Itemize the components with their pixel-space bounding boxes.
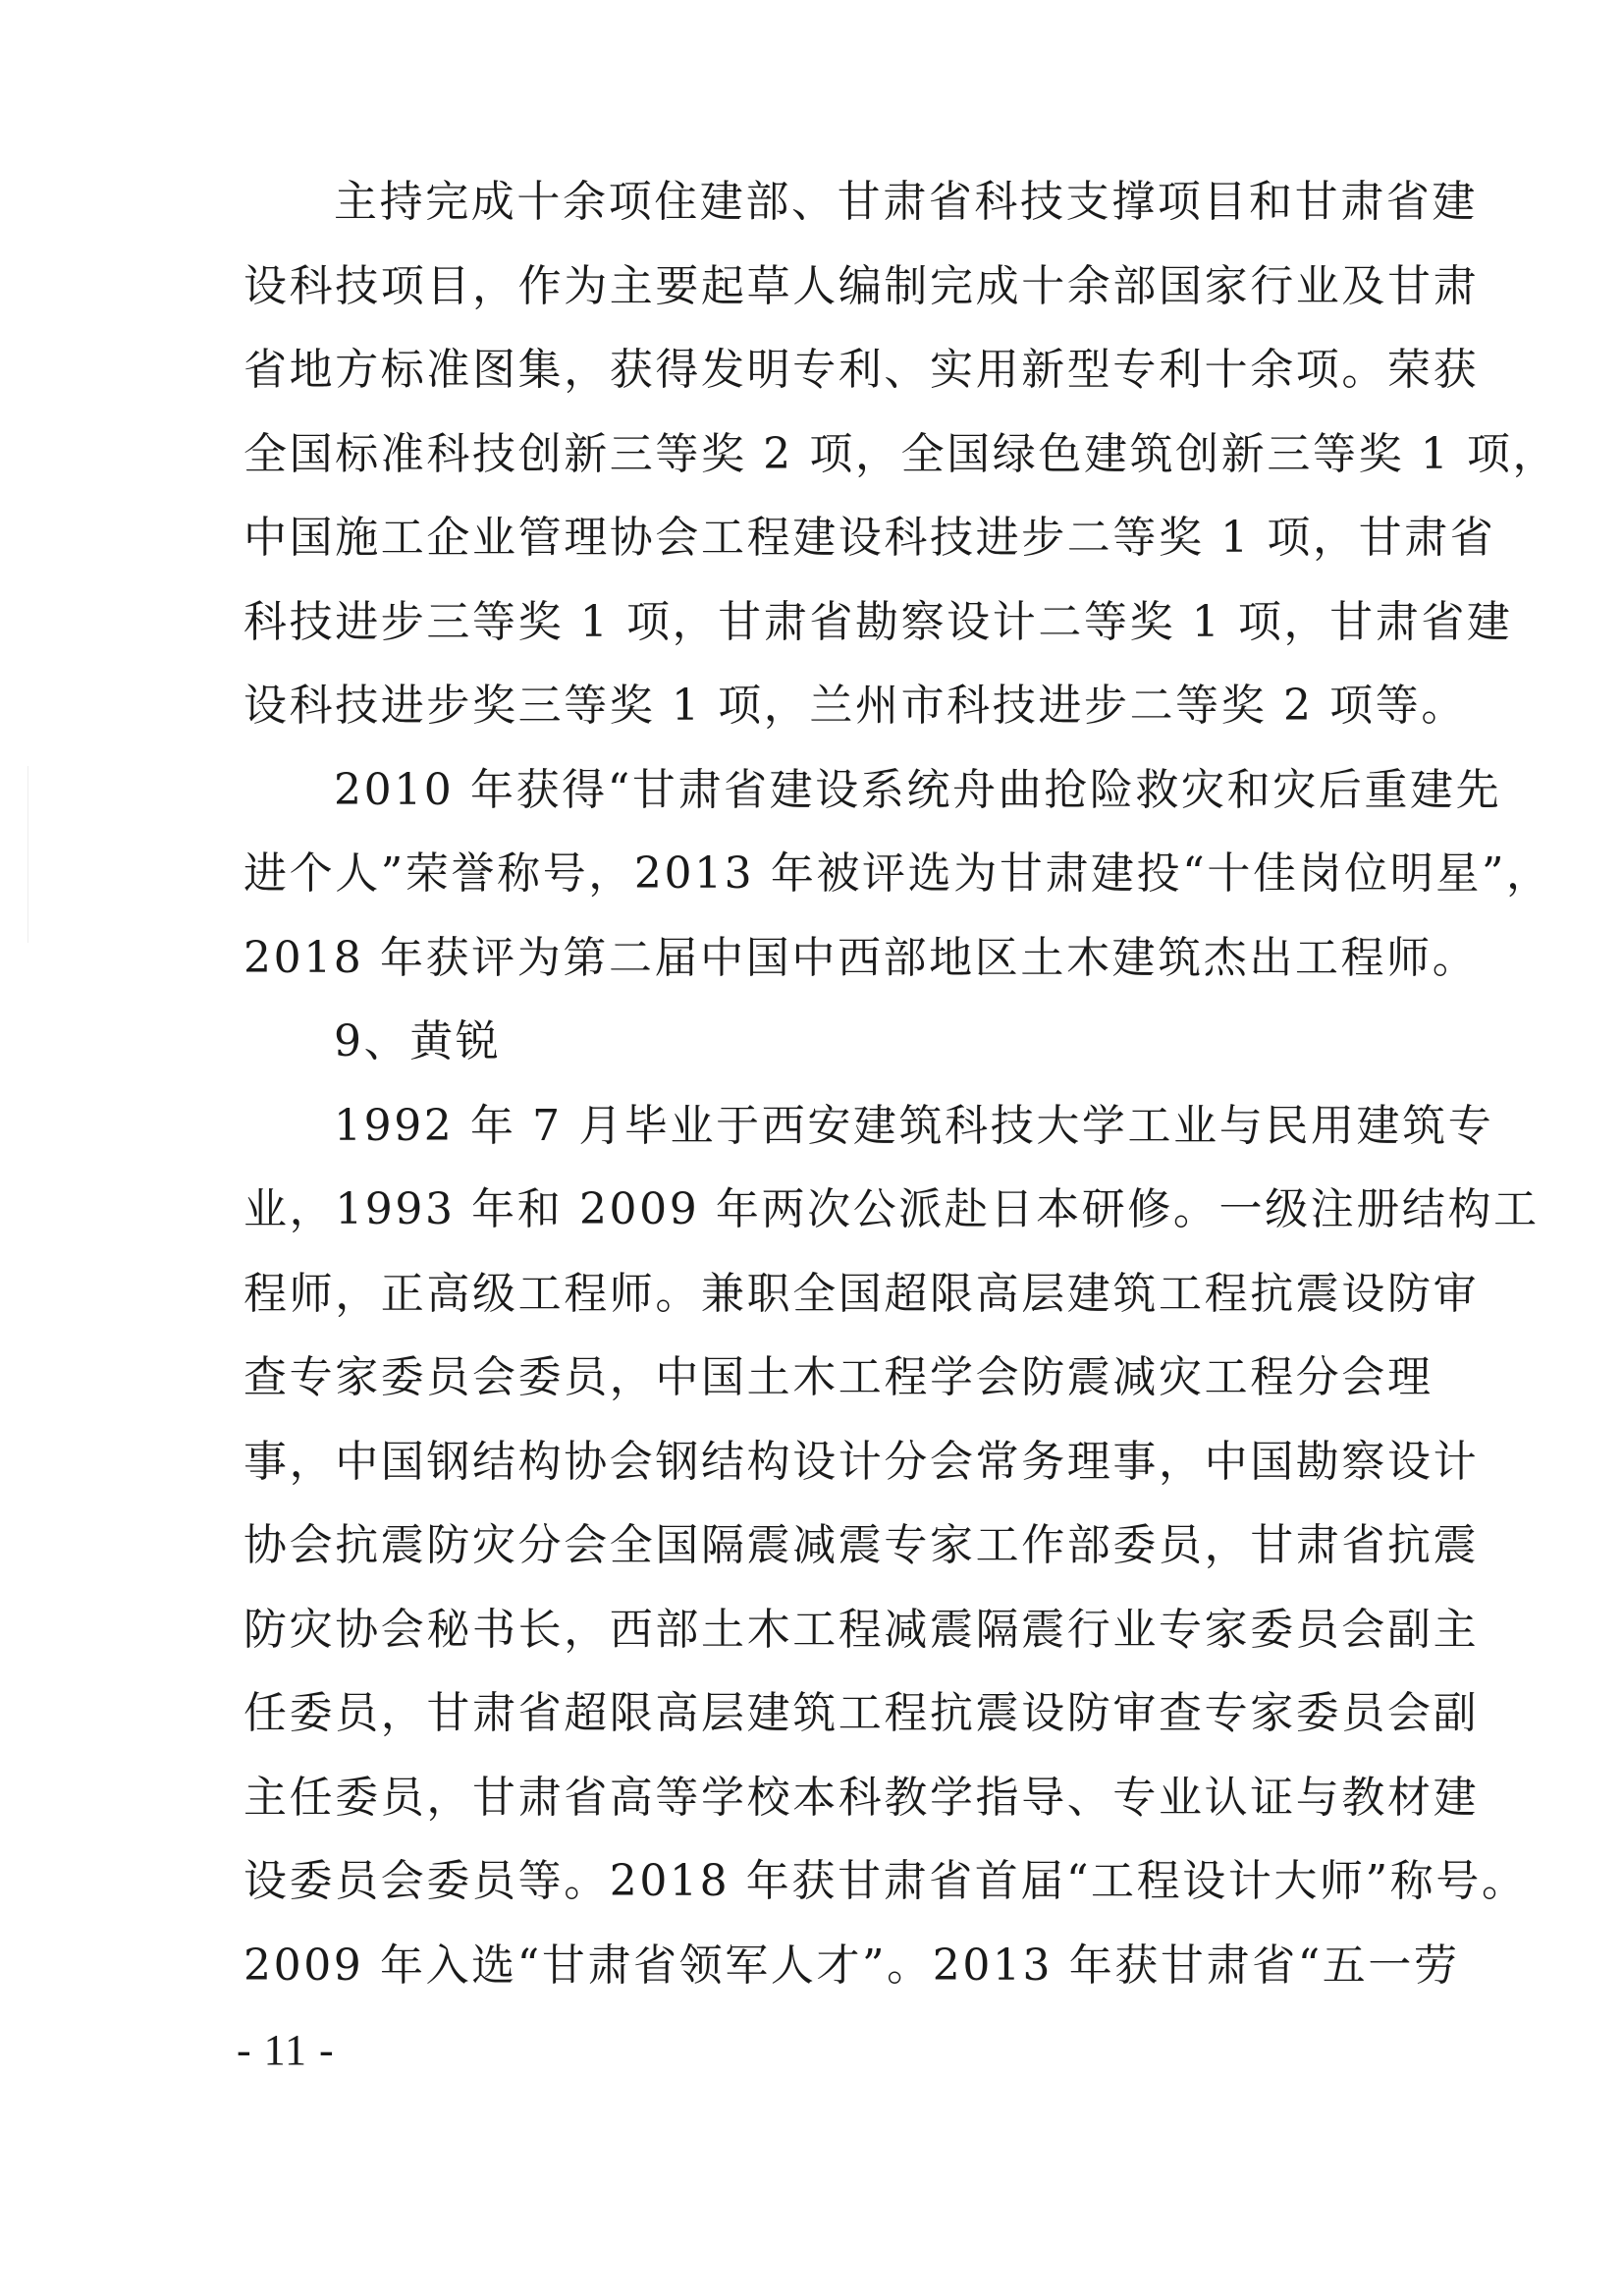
text-line: 主持完成十余项住建部、甘肃省科技支撑项目和甘肃省建 bbox=[243, 160, 1402, 245]
document-body: 主持完成十余项住建部、甘肃省科技支撑项目和甘肃省建 设科技项目，作为主要起草人编… bbox=[243, 160, 1402, 2007]
page-number: - 11 - bbox=[237, 2021, 335, 2080]
document-page: 主持完成十余项住建部、甘肃省科技支撑项目和甘肃省建 设科技项目，作为主要起草人编… bbox=[0, 0, 1623, 2296]
text-line: 查专家委员会委员，中国土木工程学会防震减灾工程分会理 bbox=[243, 1336, 1402, 1420]
text-line: 设委员会委员等。2018 年获甘肃省首届“工程设计大师”称号。 bbox=[243, 1839, 1402, 1924]
text-line: 进个人”荣誉称号，2013 年被评选为甘肃建投“十佳岗位明星”， bbox=[243, 832, 1402, 916]
scan-margin-mark bbox=[27, 766, 28, 943]
text-line: 2010 年获得“甘肃省建设系统舟曲抢险救灾和灾后重建先 bbox=[243, 748, 1402, 833]
text-line: 程师，正高级工程师。兼职全国超限高层建筑工程抗震设防审 bbox=[243, 1252, 1402, 1337]
text-line: 科技进步三等奖 1 项，甘肃省勘察设计二等奖 1 项，甘肃省建 bbox=[243, 580, 1402, 665]
text-line: 设科技项目，作为主要起草人编制完成十余部国家行业及甘肃 bbox=[243, 245, 1402, 329]
text-line: 协会抗震防灾分会全国隔震减震专家工作部委员，甘肃省抗震 bbox=[243, 1503, 1402, 1588]
text-line: 任委员，甘肃省超限高层建筑工程抗震设防审查专家委员会副 bbox=[243, 1671, 1402, 1756]
text-line: 2009 年入选“甘肃省领军人才”。2013 年获甘肃省“五一劳 bbox=[243, 1924, 1402, 2008]
text-line: 中国施工企业管理协会工程建设科技进步二等奖 1 项，甘肃省 bbox=[243, 496, 1402, 580]
text-line: 事，中国钢结构协会钢结构设计分会常务理事，中国勘察设计 bbox=[243, 1420, 1402, 1504]
text-line: 业，1993 年和 2009 年两次公派赴日本研修。一级注册结构工 bbox=[243, 1168, 1402, 1252]
text-line: 主任委员，甘肃省高等学校本科教学指导、专业认证与教材建 bbox=[243, 1756, 1402, 1840]
text-line: 省地方标准图集，获得发明专利、实用新型专利十余项。荣获 bbox=[243, 328, 1402, 412]
text-line: 2018 年获评为第二届中国中西部地区土木建筑杰出工程师。 bbox=[243, 916, 1402, 1001]
text-line: 防灾协会秘书长，西部土木工程减震隔震行业专家委员会副主 bbox=[243, 1588, 1402, 1672]
text-line: 1992 年 7 月毕业于西安建筑科技大学工业与民用建筑专 bbox=[243, 1084, 1402, 1169]
text-line: 全国标准科技创新三等奖 2 项，全国绿色建筑创新三等奖 1 项， bbox=[243, 412, 1402, 497]
section-heading: 9、黄锐 bbox=[243, 1000, 1402, 1084]
text-line: 设科技进步奖三等奖 1 项，兰州市科技进步二等奖 2 项等。 bbox=[243, 664, 1402, 748]
